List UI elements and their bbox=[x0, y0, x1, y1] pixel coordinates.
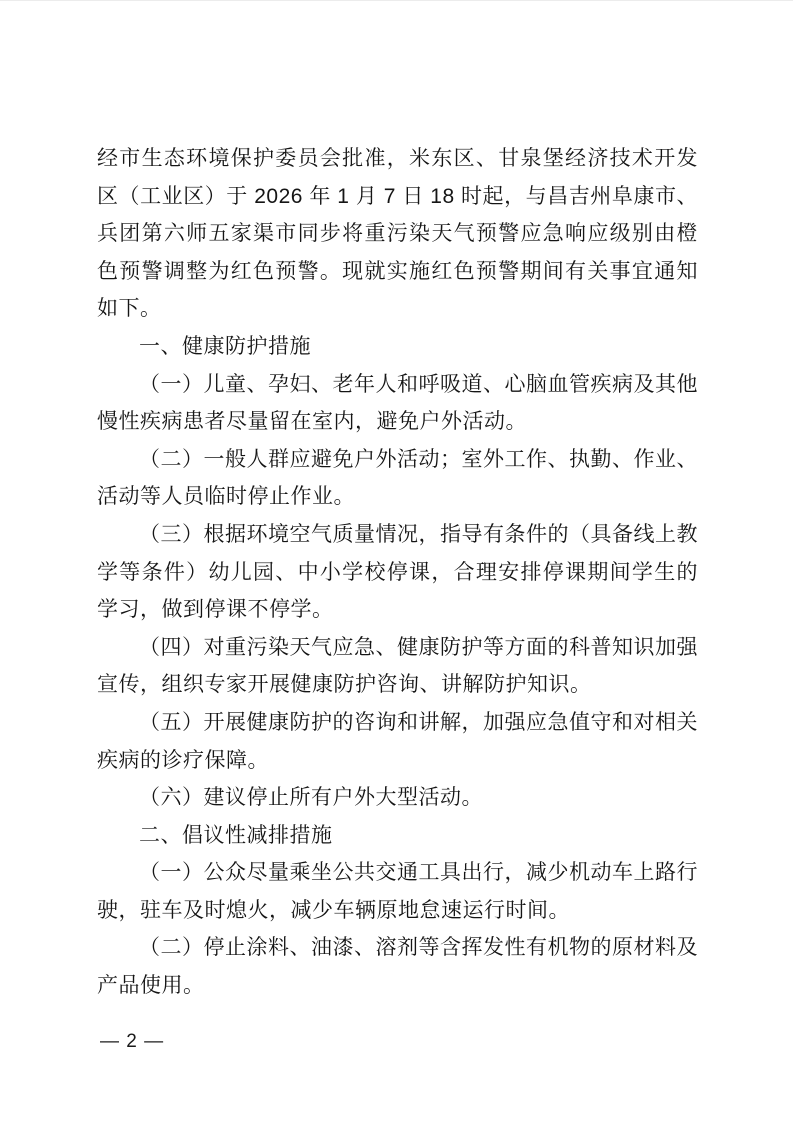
body-paragraph: （四）对重污染天气应急、健康防护等方面的科普知识加强宣传，组织专家开展健康防护咨… bbox=[97, 629, 698, 704]
section-heading-2: 二、倡议性减排措施 bbox=[97, 817, 698, 855]
body-paragraph: （一）儿童、孕妇、老年人和呼吸道、心脑血管疾病及其他慢性疾病患者尽量留在室内，避… bbox=[97, 366, 698, 441]
document-text: 经市生态环境保护委员会批准，米东区、甘泉堡经济技术开发区（工业区）于 2026 … bbox=[97, 140, 698, 1005]
body-paragraph: （五）开展健康防护的咨询和讲解，加强应急值守和对相关疾病的诊疗保障。 bbox=[97, 704, 698, 779]
body-paragraph: （一）公众尽量乘坐公共交通工具出行，减少机动车上路行驶，驻车及时熄火，减少车辆原… bbox=[97, 854, 698, 929]
body-paragraph: （二）停止涂料、油漆、溶剂等含挥发性有机物的原材料及产品使用。 bbox=[97, 929, 698, 1004]
body-paragraph: （三）根据环境空气质量情况，指导有条件的（具备线上教学等条件）幼儿园、中小学校停… bbox=[97, 516, 698, 629]
body-paragraph: （二）一般人群应避免户外活动；室外工作、执勤、作业、活动等人员临时停止作业。 bbox=[97, 441, 698, 516]
document-page: 经市生态环境保护委员会批准，米东区、甘泉堡经济技术开发区（工业区）于 2026 … bbox=[0, 0, 793, 1122]
page-number: — 2 — bbox=[100, 1031, 164, 1053]
body-paragraph: （六）建议停止所有户外大型活动。 bbox=[97, 779, 698, 817]
continuation-paragraph: 经市生态环境保护委员会批准，米东区、甘泉堡经济技术开发区（工业区）于 2026 … bbox=[97, 140, 698, 328]
section-heading-1: 一、健康防护措施 bbox=[97, 328, 698, 366]
